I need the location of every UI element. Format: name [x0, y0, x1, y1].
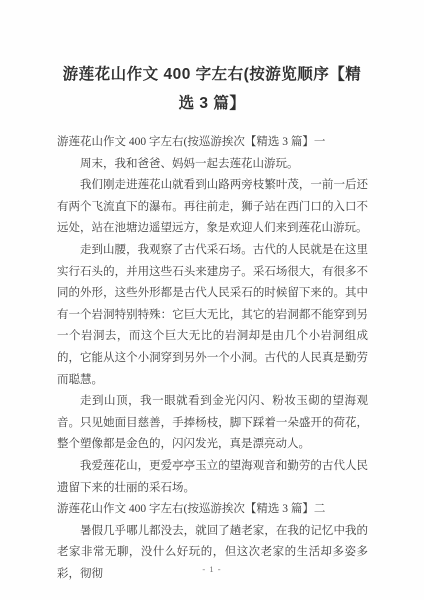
essay-paragraph: 暑假几乎哪儿都没去，就回了趟老家，在我的记忆中我的老家非常无聊，没什么好玩的，但… — [57, 521, 368, 586]
essay-section-heading: 游莲花山作文 400 字左右(按巡游挨次【精选 3 篇】一 — [57, 132, 368, 154]
essay-title-line-1: 游莲花山作文 400 字左右(按游览顺序【精 — [54, 60, 370, 89]
essay-section-heading: 游莲花山作文 400 字左右(按巡游挨次【精选 3 篇】二 — [57, 499, 368, 521]
essay-title: 游莲花山作文 400 字左右(按游览顺序【精 选 3 篇】 — [54, 0, 370, 118]
essay-paragraph: 走到山腰，我观察了古代采石场。古代的人民就是在这里实行石头的，并用这些石头来建房… — [57, 240, 368, 391]
essay-paragraph: 周末，我和爸爸、妈妈一起去莲花山游玩。 — [57, 154, 368, 176]
essay-paragraph: 我爱莲花山，更爱亭亭玉立的望海观音和勤劳的古代人民遗留下来的壮丽的采石场。 — [57, 456, 368, 499]
essay-body: 游莲花山作文 400 字左右(按巡游挨次【精选 3 篇】一周末，我和爸爸、妈妈一… — [0, 132, 424, 585]
page-number-footer: - 1 - — [0, 564, 424, 574]
document-page: 游莲花山作文 400 字左右(按游览顺序【精 选 3 篇】 游莲花山作文 400… — [0, 0, 424, 600]
essay-title-line-2: 选 3 篇】 — [54, 89, 370, 118]
essay-paragraph: 走到山顶，我一眼就看到金光闪闪、粉妆玉砌的望海观音。只见她面目慈善，手捧杨枝，脚… — [57, 391, 368, 456]
essay-paragraph: 我们刚走进莲花山就看到山路两旁枝繁叶茂，一前一后还有两个飞流直下的瀑布。再往前走… — [57, 175, 368, 240]
